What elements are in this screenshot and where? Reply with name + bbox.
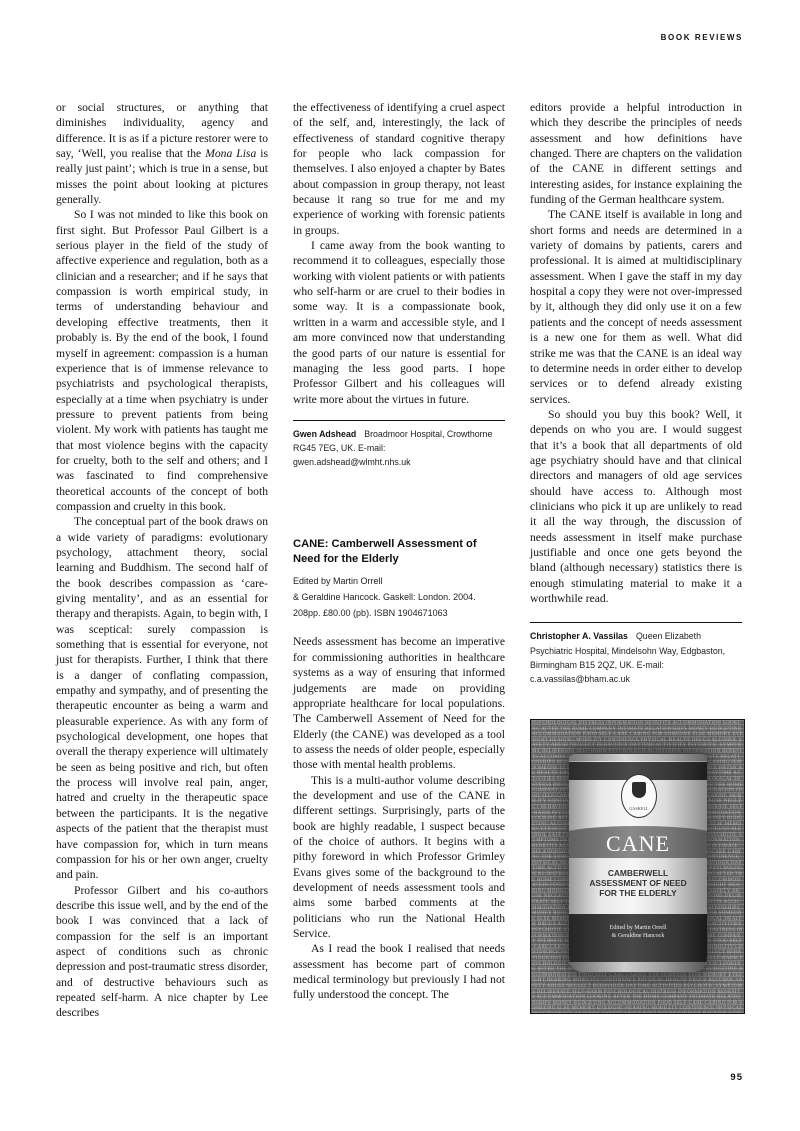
- paragraph: The CANE itself is available in long and…: [530, 207, 742, 406]
- shield-icon: [632, 782, 646, 798]
- bibliographic-details: Edited by Martin Orrell & Geraldine Hanc…: [293, 573, 505, 621]
- paragraph: As I read the book I realised that needs…: [293, 941, 505, 1002]
- reviewer-name: Christopher A. Vassilas: [530, 631, 628, 641]
- book-cover-image: PSYCHOLOGICAL DISTRESS INFORMATION BENEF…: [530, 719, 745, 1014]
- review-title: CANE: Camberwell Assessment of Need for …: [293, 537, 505, 567]
- reviewer-signature: Christopher A. VassilasQueen Elizabeth P…: [530, 629, 742, 686]
- cover-title-band: CANE: [569, 826, 707, 858]
- paragraph: Professor Gilbert and his co-authors des…: [56, 883, 268, 1021]
- paragraph: This is a multi-author volume describing…: [293, 773, 505, 942]
- running-head: BOOK REVIEWS: [661, 33, 743, 42]
- paragraph: editors provide a helpful introduction i…: [530, 100, 742, 207]
- signature-divider: [293, 420, 505, 421]
- cover-editors: Edited by Martin Orrell & Geraldine Hanc…: [569, 924, 707, 940]
- paragraph: So should you buy this book? Well, it de…: [530, 407, 742, 606]
- page-number: 95: [730, 1072, 743, 1083]
- signature-divider: [530, 622, 742, 623]
- paragraph: So I was not minded to like this book on…: [56, 207, 268, 514]
- can-rim-top: [569, 754, 707, 761]
- paragraph: The conceptual part of the book draws on…: [56, 514, 268, 882]
- reviewer-name: Gwen Adshead: [293, 429, 356, 439]
- reviewer-signature: Gwen AdsheadBroadmoor Hospital, Crowthor…: [293, 427, 505, 470]
- column-2: the effectiveness of identifying a cruel…: [293, 100, 505, 1003]
- column-3: editors provide a helpful introduction i…: [530, 100, 742, 686]
- paragraph: Needs assessment has become an imperativ…: [293, 634, 505, 772]
- can-rim-bottom: [569, 962, 707, 972]
- crest-icon: GASKELL: [621, 774, 657, 818]
- italic-title: Mona Lisa: [205, 147, 256, 160]
- paragraph: the effectiveness of identifying a cruel…: [293, 100, 505, 238]
- paragraph: I came away from the book wanting to rec…: [293, 238, 505, 407]
- cover-title: CANE: [606, 831, 670, 857]
- column-1: or social structures, or anything that d…: [56, 100, 268, 1021]
- cover-can-illustration: GASKELL CANE CAMBERWELL ASSESSMENT OF NE…: [569, 754, 707, 972]
- paragraph: or social structures, or anything that d…: [56, 100, 268, 207]
- cover-subtitle: CAMBERWELL ASSESSMENT OF NEED FOR THE EL…: [569, 868, 707, 898]
